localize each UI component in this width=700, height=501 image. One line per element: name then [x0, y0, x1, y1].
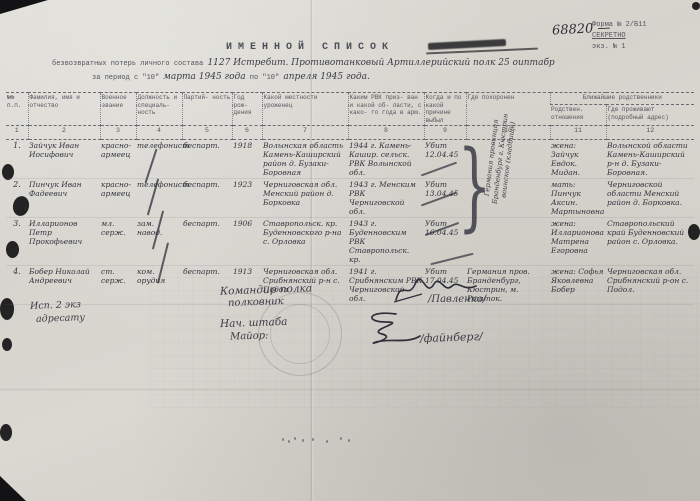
col-num: 11 [550, 126, 606, 140]
table-row: 1. Зайчук Иван Иосифович красно- армеец … [6, 140, 694, 179]
col-header-fate: Когда и по какой причине выбыл [424, 93, 466, 126]
col-header-relatives-group: Ближайшие родственники [550, 93, 694, 105]
scan-corner-shadow [0, 476, 26, 501]
col-num: 1 [6, 126, 28, 140]
col-num: 5 [182, 126, 232, 140]
period-line: за период с "10" марта 1945 года по "10"… [92, 72, 612, 82]
casualty-table: №№ п.п. Фамилия, имя и отчество Военное … [6, 92, 694, 305]
col-header-drafted: Каким РВК приз- ван и какой об- ласти, с… [348, 93, 424, 126]
col-num: 3 [100, 126, 136, 140]
col-header-num: №№ п.п. [6, 93, 28, 126]
bleedthrough-marks [282, 436, 352, 444]
col-header-relative: Родствен. отношения [550, 105, 606, 126]
cell-address: Черниговская обл. Срибнянский р-он с. По… [606, 266, 694, 305]
chief-of-staff-label: Нач. штаба [220, 316, 288, 330]
cell-drafted: 1944 г. Камень-Кашир. сельск. РВК Волынс… [348, 140, 424, 179]
cell-num: 4. [6, 266, 28, 305]
subtitle-line: безвозвратных потерь личного состава 112… [52, 58, 672, 68]
col-header-rank: Военное звание [100, 93, 136, 126]
cell-birthplace: Черниговская обл. Менский район д. Борко… [262, 179, 348, 218]
period-typed-to: по "10" [250, 74, 279, 82]
cell-address: Ставропольский край Буденновский район с… [606, 218, 694, 266]
cell-drafted: 1943 г. Менским РВК Черниговской обл. [348, 179, 424, 218]
cell-relative: жена: Илларионова Матрена Егоровна [550, 218, 606, 266]
cell-born: 1918 [232, 140, 262, 179]
period-typed: за период с "10" [92, 74, 159, 82]
col-num: 4 [136, 126, 182, 140]
col-header-name: Фамилия, имя и отчество [28, 93, 100, 126]
executor-note-line1: Исп. 2 экз [30, 299, 81, 312]
cell-name: Илларионов Петр Прокофьевич [28, 218, 100, 266]
cell-duty: телефонист [136, 140, 182, 179]
document-page: Форма № 2/Б11 СЕКРЕТНО экз. № 1 68820 — … [0, 0, 700, 501]
table-row: 4. Бобер Николай Андреевич ст. серж. ком… [6, 266, 694, 305]
subtitle-typed: безвозвратных потерь личного состава [52, 60, 203, 68]
cell-drafted: 1943 г. Буденновским РВК Ставропольск. к… [348, 218, 424, 266]
table-row: 2. Пинчук Иван Фадеевич красно- армеец т… [6, 179, 694, 218]
chief-of-staff-name: /файнберг/ [420, 330, 483, 345]
col-header-birthplace: Какой местности уроженец [262, 93, 348, 126]
cell-born: 1906 [232, 218, 262, 266]
cell-name: Пинчук Иван Фадеевич [28, 179, 100, 218]
cell-party: беспарт. [182, 140, 232, 179]
punch-hole [2, 338, 12, 351]
ink-smudge [692, 2, 700, 10]
cell-party: беспарт. [182, 218, 232, 266]
chief-of-staff-rank: Майор: [230, 330, 269, 342]
cell-party: беспарт. [182, 179, 232, 218]
col-num: 6 [232, 126, 262, 140]
cell-num: 2. [6, 179, 28, 218]
cell-address: Волынской области Камень-Каширский р-н д… [606, 140, 694, 179]
cell-relative: мать: Пинчук Аксин. Мартыновна [550, 179, 606, 218]
cell-name: Зайчук Иван Иосифович [28, 140, 100, 179]
col-num: 2 [28, 126, 100, 140]
col-header-born: Год рож- дения [232, 93, 262, 126]
period-hand-to: апреля 1945 года. [283, 72, 369, 82]
chief-signature [356, 308, 426, 352]
period-hand-from: марта 1945 года [163, 72, 245, 82]
col-num: 12 [606, 126, 694, 140]
scan-corner-shadow [0, 0, 48, 14]
cell-birthplace: Волынская область Камень-Каширский район… [262, 140, 348, 179]
commander-rank: полковник [228, 296, 284, 309]
document-title: ИМЕННОЙ СПИСОК [150, 42, 470, 53]
cell-num: 1. [6, 140, 28, 179]
col-header-duty: Должность и специаль- ность [136, 93, 182, 126]
cell-duty: телефонист [136, 179, 182, 218]
cell-born: 1923 [232, 179, 262, 218]
cell-rank: красно- армеец [100, 179, 136, 218]
registration-number: 68820 — [552, 20, 611, 38]
col-header-party: Партий- ность [182, 93, 232, 126]
cell-rank: красно- армеец [100, 140, 136, 179]
commander-name: /Павленко/ [428, 294, 486, 305]
cell-name: Бобер Николай Андреевич [28, 266, 100, 305]
cell-birthplace: Ставропольск. кр. Буденновского р-на с. … [262, 218, 348, 266]
round-seal-inner [270, 304, 330, 364]
col-num: 7 [262, 126, 348, 140]
cell-rank: ст. серж. [100, 266, 136, 305]
table-row: 3. Илларионов Петр Прокофьевич мл. серж.… [6, 218, 694, 266]
executor-note-line2: адресату [36, 312, 85, 325]
copy-number: экз. № 1 [592, 42, 684, 53]
cell-relative: жена: Софья Яковлевна Бобер [550, 266, 606, 305]
cell-num: 3. [6, 218, 28, 266]
col-header-address: Где проживают (подробный адрес) [606, 105, 694, 126]
col-num: 8 [348, 126, 424, 140]
cell-address: Черниговской области Менский район д. Бо… [606, 179, 694, 218]
cell-rank: мл. серж. [100, 218, 136, 266]
punch-hole [0, 424, 12, 441]
cell-relative: жена: Зайчук Евдок. Мидан. [550, 140, 606, 179]
subtitle-handwritten-unit: 1127 Истребит. Противотанковый Артиллери… [207, 58, 554, 68]
